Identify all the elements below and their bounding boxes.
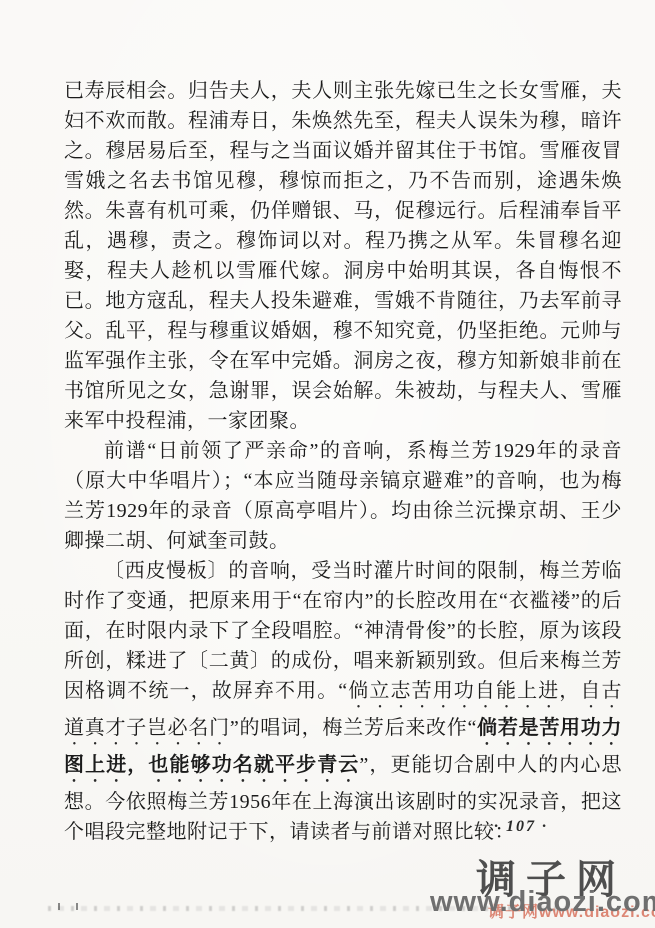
page-number: · 107 · (494, 818, 548, 836)
paragraph-synopsis: 已寿辰相会。归告夫人，夫人则主张先嫁已生之长女雪雁，夫妇不欢而散。程浦寿日，朱焕… (64, 76, 622, 436)
page-text-block: 已寿辰相会。归告夫人，夫人则主张先嫁已生之长女雪雁，夫妇不欢而散。程浦寿日，朱焕… (64, 76, 622, 847)
scan-artifact-tick (76, 903, 78, 910)
paragraph-manban-note: 〔西皮慢板〕的音响，受当时灌片时间的限制，梅兰芳临时作了变通，把原来用于“在帘内… (64, 556, 622, 847)
paragraph-recording-note: 前谱“日前领了严亲命”的音响，系梅兰芳1929年的录音（原大中华唱片）；“本应当… (64, 436, 622, 556)
scan-artifact-tick (58, 903, 60, 910)
watermark-site-url: www.diaozi.com (430, 886, 655, 919)
manban-note-mid: ”的唱词，梅兰芳后来改作“ (230, 717, 477, 739)
